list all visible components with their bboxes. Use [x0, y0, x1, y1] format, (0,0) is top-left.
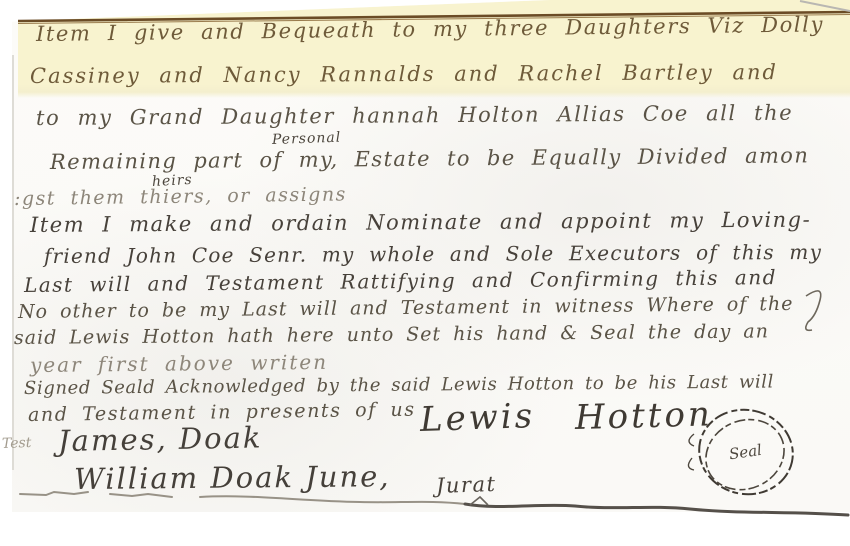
insertion-personal: Personal [272, 130, 342, 148]
bottom-torn-edge-dark [465, 504, 848, 515]
top-right-scanner-line [800, 1, 850, 11]
witness-james-doak: James, Doak [58, 420, 263, 458]
manuscript-line-11: year first above writen [30, 350, 328, 377]
bottom-white-margin [12, 517, 850, 546]
seal-side-marks [688, 434, 694, 470]
ink-flourish [806, 291, 821, 330]
seal-label: Seal [728, 441, 763, 463]
manuscript-line-7: friend John Coe Senr. my whole and Sole … [44, 240, 822, 268]
witness-william-doak: William Doak June, [74, 459, 391, 496]
manuscript-line-5: :gst them thiers, or assigns [14, 183, 347, 210]
manuscript-line-2: Cassiney and Nancy Rannalds and Rachel B… [30, 60, 778, 88]
document-scan: Seal Item I give and Bequeath to my thre… [0, 0, 850, 546]
signature-hotton: Hotton [574, 394, 713, 438]
bottom-torn-notch [470, 497, 488, 505]
left-white-margin [0, 0, 12, 546]
signature-lewis: Lewis [419, 396, 535, 440]
test-label: Test [2, 435, 32, 452]
jurat-note: Jurat [436, 472, 497, 498]
